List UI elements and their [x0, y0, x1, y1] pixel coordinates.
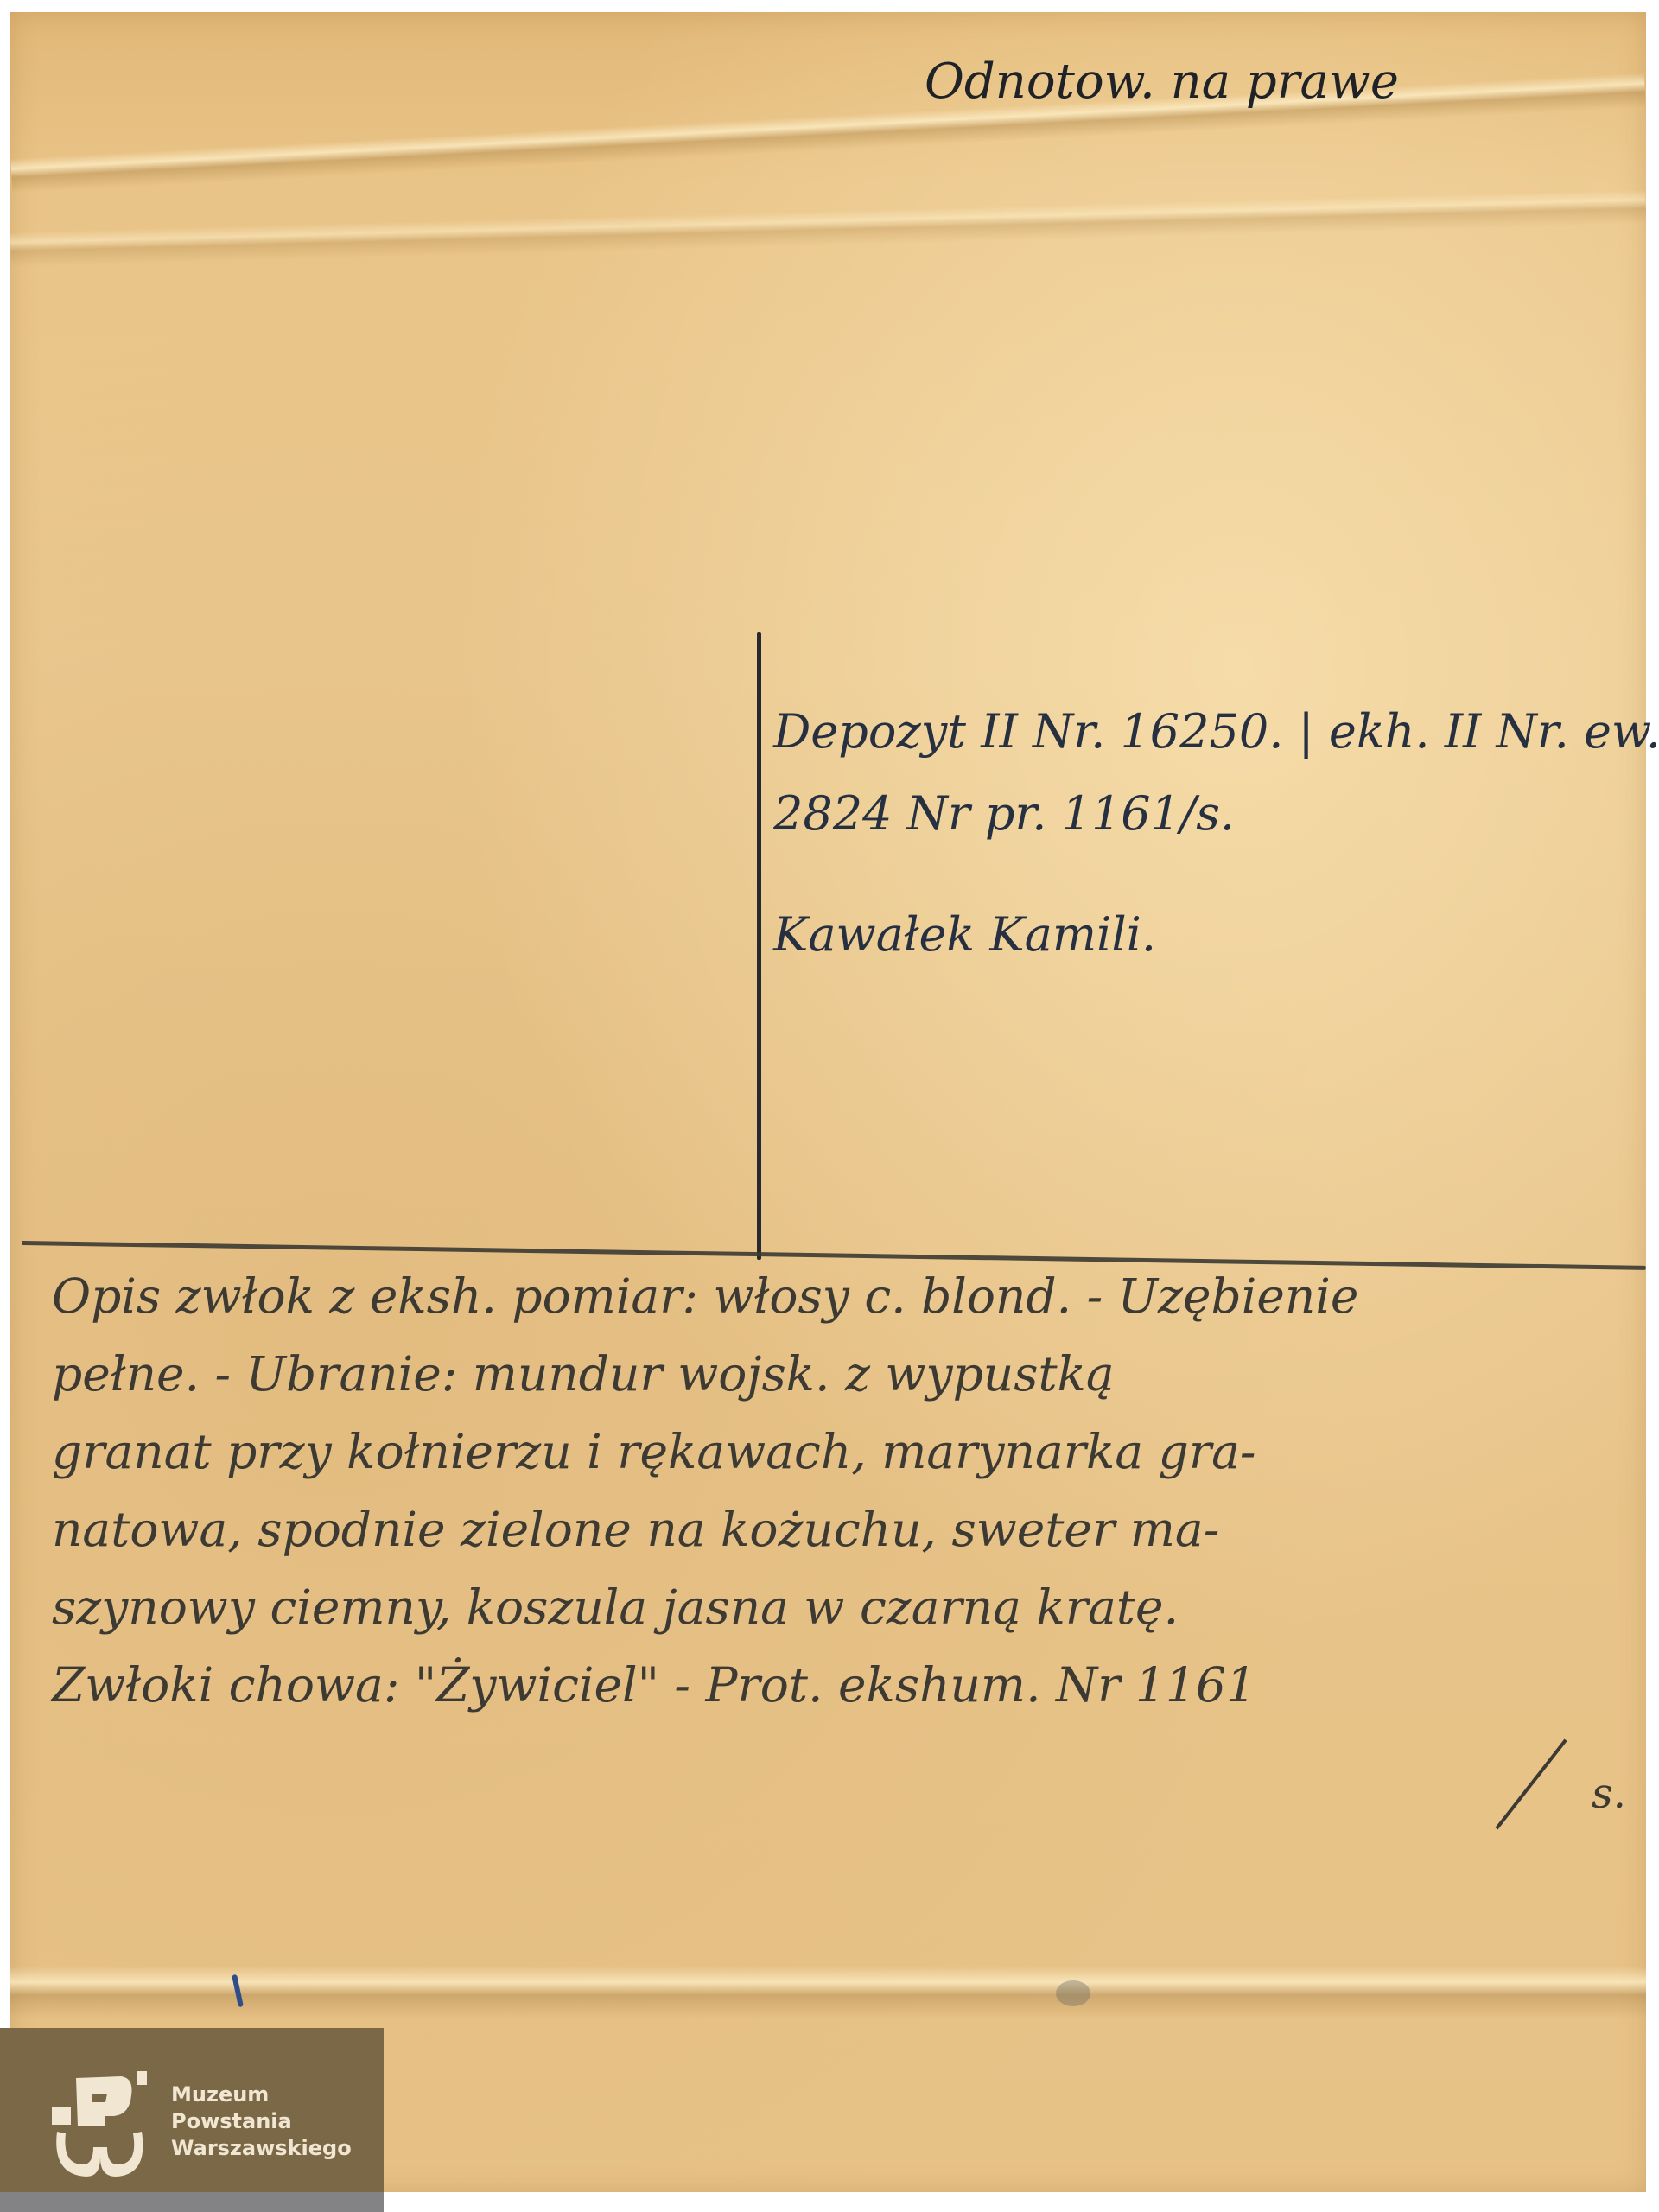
document-paper	[10, 12, 1646, 2192]
paper-crease	[10, 189, 1646, 267]
deposit-line-1: Depozyt II Nr. 16250. | ekh. II Nr. ew.	[773, 704, 1659, 759]
description-line-5: szynowy ciemny, koszula jasna w czarną k…	[52, 1580, 1179, 1635]
paper-fold	[10, 1967, 1646, 2018]
deposit-line-2: 2824 Nr pr. 1161/s.	[773, 786, 1235, 841]
description-line-6: Zwłoki chowa: "Żywiciel" - Prot. ekshum.…	[52, 1657, 1256, 1713]
description-line-3: granat przy kołnierzu i rękawach, maryna…	[52, 1424, 1256, 1479]
museum-name-line-3: Warszawskiego	[171, 2135, 352, 2162]
deceased-name: Kawałek Kamili.	[773, 907, 1156, 962]
description-line-2: pełne. - Ubranie: mundur wojsk. z wypust…	[52, 1346, 1115, 1402]
museum-name: Muzeum Powstania Warszawskiego	[171, 2082, 352, 2162]
museum-name-line-1: Muzeum	[171, 2082, 352, 2108]
paper-stain	[1056, 1980, 1090, 2006]
paper-crease	[10, 73, 1645, 193]
description-line-1: Opis zwłok z eksh. pomiar: włosy c. blon…	[52, 1268, 1358, 1324]
description-line-4: natowa, spodnie zielone na kożuchu, swet…	[52, 1502, 1219, 1557]
kotwica-anchor-logo-icon	[52, 2071, 147, 2179]
header-note: Odnotow. na prawe	[925, 54, 1399, 110]
fraction-denominator: s.	[1592, 1770, 1626, 1818]
vertical-divider-line	[757, 632, 761, 1260]
museum-watermark: Muzeum Powstania Warszawskiego	[0, 2028, 384, 2192]
museum-name-line-2: Powstania	[171, 2108, 352, 2135]
watermark-bottom-strip	[0, 2192, 384, 2212]
